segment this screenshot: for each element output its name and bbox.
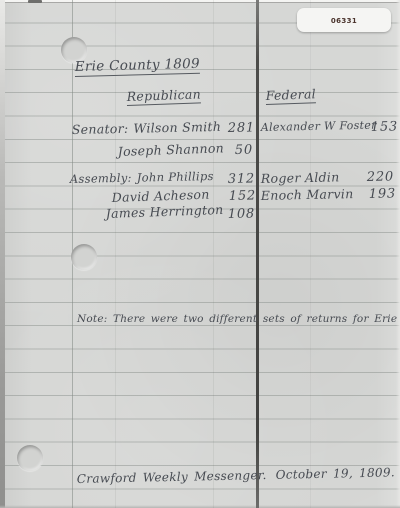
vote-count: 152: [229, 188, 257, 204]
scan-artifact: [28, 0, 42, 3]
assembly-row: Assembly:John Phillips: [70, 169, 214, 186]
scan-left-edge: [0, 0, 5, 508]
note-text: Note: There were two different sets of r…: [77, 313, 400, 325]
candidate-name: James Herrington: [105, 202, 223, 221]
citation-source: Crawford Weekly Messenger.: [77, 468, 267, 486]
candidate-name: John Phillips: [137, 169, 214, 185]
vote-count: 220: [367, 169, 395, 185]
office-label-senator: Senator:: [72, 121, 129, 137]
citation-date: October 19, 1809.: [276, 465, 396, 481]
faint-column-line: [213, 0, 214, 508]
faint-column-line: [310, 0, 311, 508]
office-label-assembly: Assembly:: [70, 171, 132, 186]
vote-count: 193: [369, 186, 397, 202]
vote-count: 281: [228, 120, 256, 136]
vote-count: 108: [228, 206, 256, 222]
senator-row: Senator:Wilson Smith: [72, 119, 222, 137]
vote-count: 153: [371, 119, 399, 135]
spine-shadow-line: [256, 0, 259, 508]
punch-hole-bottom: [17, 445, 43, 471]
candidate-name: Joseph Shannon: [117, 140, 224, 159]
column-header-republican: Republican: [126, 86, 201, 106]
page-title: Erie County 1809: [75, 56, 201, 77]
scan-top-edge: [0, 0, 400, 3]
vote-count: 50: [235, 143, 253, 158]
scan-right-edge: [396, 0, 400, 508]
candidate-name: Roger Aldin: [261, 169, 340, 186]
candidate-name: Enoch Marvin: [261, 186, 354, 203]
notebook-page: 06331 Erie County 1809 Republican Federa…: [0, 0, 400, 508]
candidate-name: Wilson Smith: [133, 119, 221, 136]
candidate-name: Alexander W Foster: [261, 119, 377, 134]
vote-count: 312: [228, 171, 256, 187]
catalog-number: 06331: [331, 17, 357, 25]
faint-column-line: [115, 0, 116, 508]
catalog-label: 06331: [297, 8, 391, 32]
punch-hole-middle: [71, 244, 97, 270]
column-header-federal: Federal: [265, 86, 316, 105]
citation: Crawford Weekly Messenger.October 19, 18…: [77, 465, 395, 486]
